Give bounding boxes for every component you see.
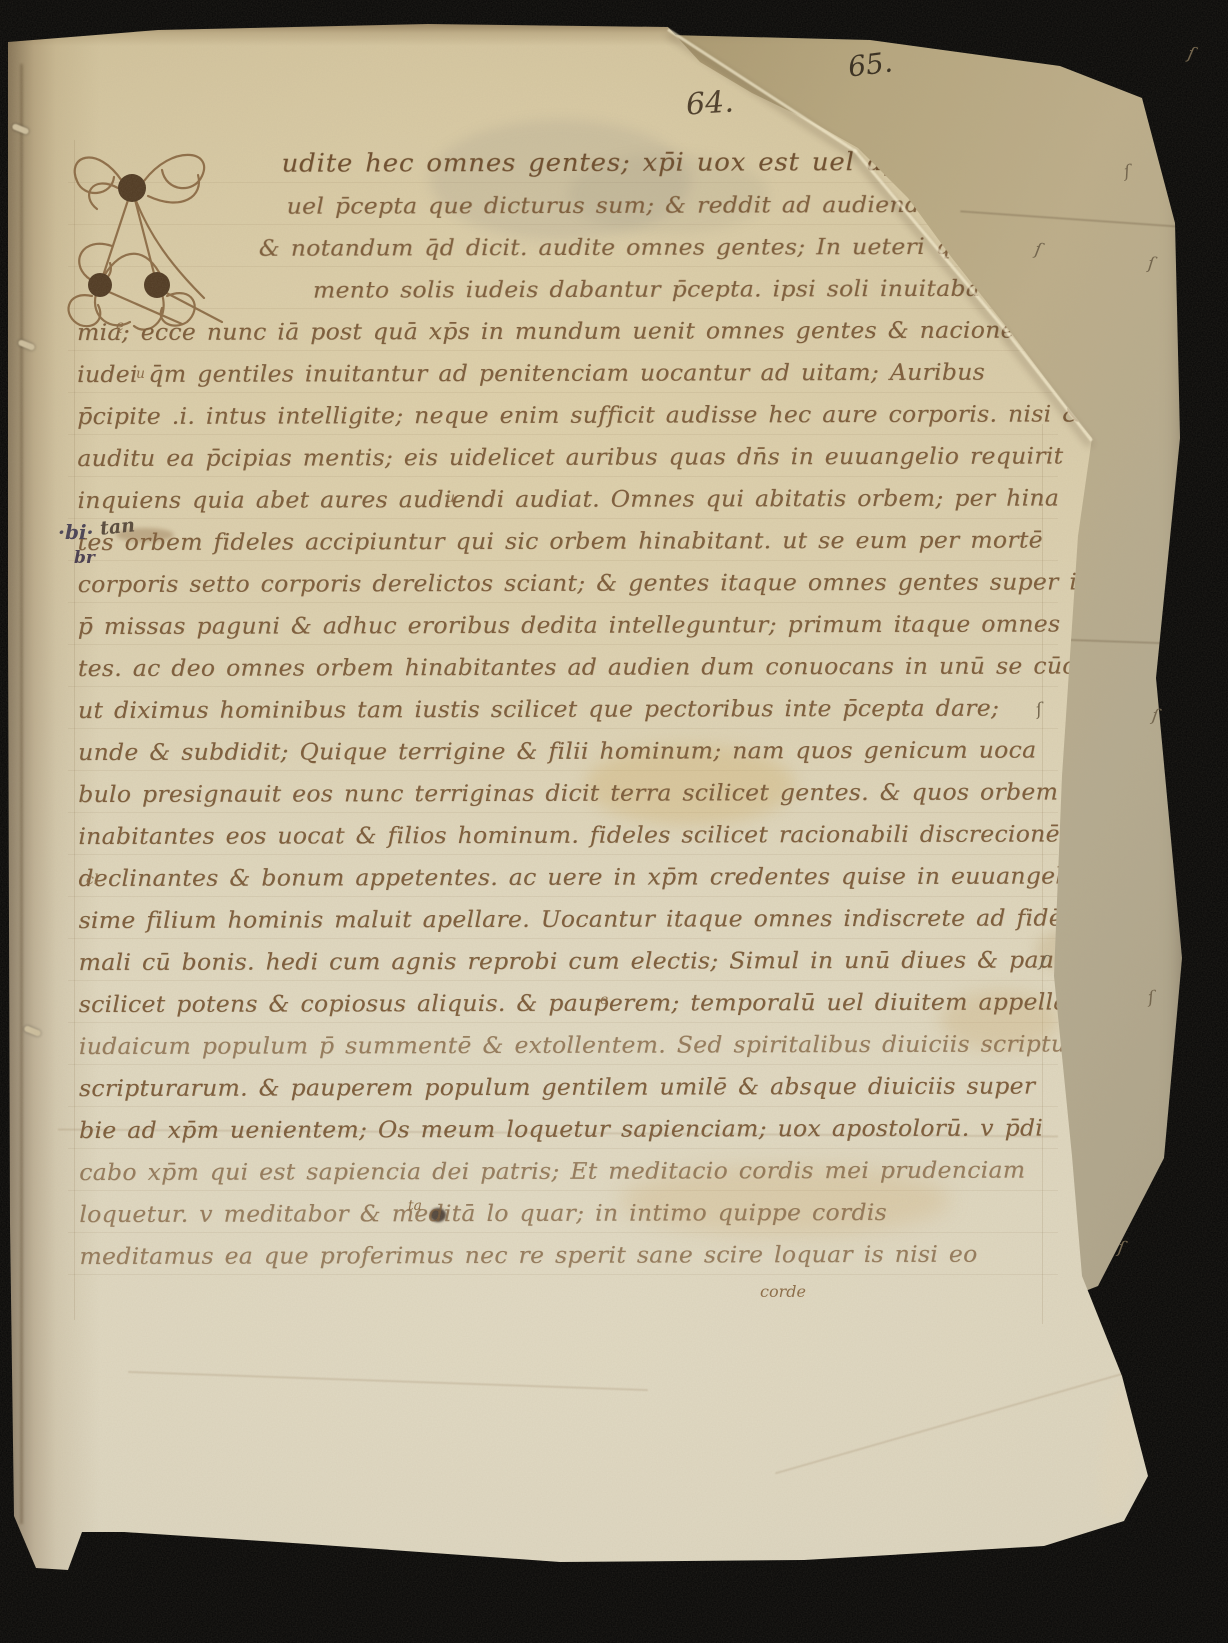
manuscript-text-line: p̄cipite .i. intus intelligite; neque en… (77, 393, 1047, 436)
manuscript-text-line: inabitantes eos uocat & filios hominum. … (78, 813, 1048, 856)
curled-edge-highlight (1090, 1378, 1147, 1522)
crease (775, 1368, 1141, 1475)
page-top-edge (8, 24, 1158, 46)
manuscript-text-line: mento solis iudeis dabantur p̄cepta. ips… (313, 267, 1047, 310)
manuscript-text-line: meditamus ea que proferimus nec re speri… (79, 1233, 1049, 1276)
manuscript-text-line: mali cū bonis. hedi cum agnis reprobi cu… (79, 939, 1049, 982)
text-block: udite hec omnes gentes; xp̄i uox est uel… (77, 141, 1050, 1278)
manuscript-text-line: tes. ac deo omnes orbem hinabitantes ad … (78, 645, 1048, 688)
manuscript-text-line: bie ad xp̄m uenientem; Os meum loquetur … (79, 1107, 1049, 1150)
page-number-64: 64. (685, 84, 735, 122)
manuscript-text-line: tes orbem fideles accipiuntur qui sic or… (78, 519, 1048, 562)
manuscript-text-line: mia; ecce nunc iā post quā xp̄s in mundu… (77, 309, 1047, 352)
manuscript-text-line: iudei q̄m gentiles inuitantur ad peniten… (77, 351, 1047, 394)
manuscript-text-line: iudaicum populum p̄ summentē & extollent… (79, 1023, 1049, 1066)
pen-trial-mark: ſ (1186, 44, 1196, 65)
manuscript-text-line: p̄ missas paguni & adhuc eroribus dedita… (78, 603, 1048, 646)
manuscript-text-line: & notandum q̄d dicit. audite omnes gente… (259, 225, 1047, 268)
manuscript-text-line: cabo xp̄m qui est sapiencia dei patris; … (79, 1149, 1049, 1192)
manuscript-text-line: auditu ea p̄cipias mentis; eis uidelicet… (77, 435, 1047, 478)
manuscript-text-line: ut diximus hominibus tam iustis scilicet… (78, 687, 1048, 730)
page-number-65: 65. (846, 45, 894, 83)
manuscript-text-line: corporis setto corporis derelictos scian… (78, 561, 1048, 604)
manuscript-photo: 65. 64. (0, 0, 1228, 1643)
manuscript-text-line: scripturarum. & pauperem populum gentile… (79, 1065, 1049, 1108)
manuscript-text-line: loquetur. v meditabor & meditā lo quar; … (79, 1191, 1049, 1234)
manuscript-text-line: declinantes & bonum appetentes. ac uere … (78, 855, 1048, 898)
under-leaf-crease (960, 210, 1180, 227)
manuscript-text-line: bulo presignauit eos nunc terriginas dic… (78, 771, 1048, 814)
manuscript-text-line: sime filium hominis maluit apellare. Uoc… (78, 897, 1048, 940)
gutter-crease (20, 64, 23, 1524)
crease (128, 1371, 648, 1391)
manuscript-text-line: scilicet potens & copiosus aliquis. & pa… (79, 981, 1049, 1024)
manuscript-text-line: inquiens quia abet aures audiendi audiat… (77, 477, 1047, 520)
manuscript-text-line: unde & subdidit; Quique terrigine & fili… (78, 729, 1048, 772)
